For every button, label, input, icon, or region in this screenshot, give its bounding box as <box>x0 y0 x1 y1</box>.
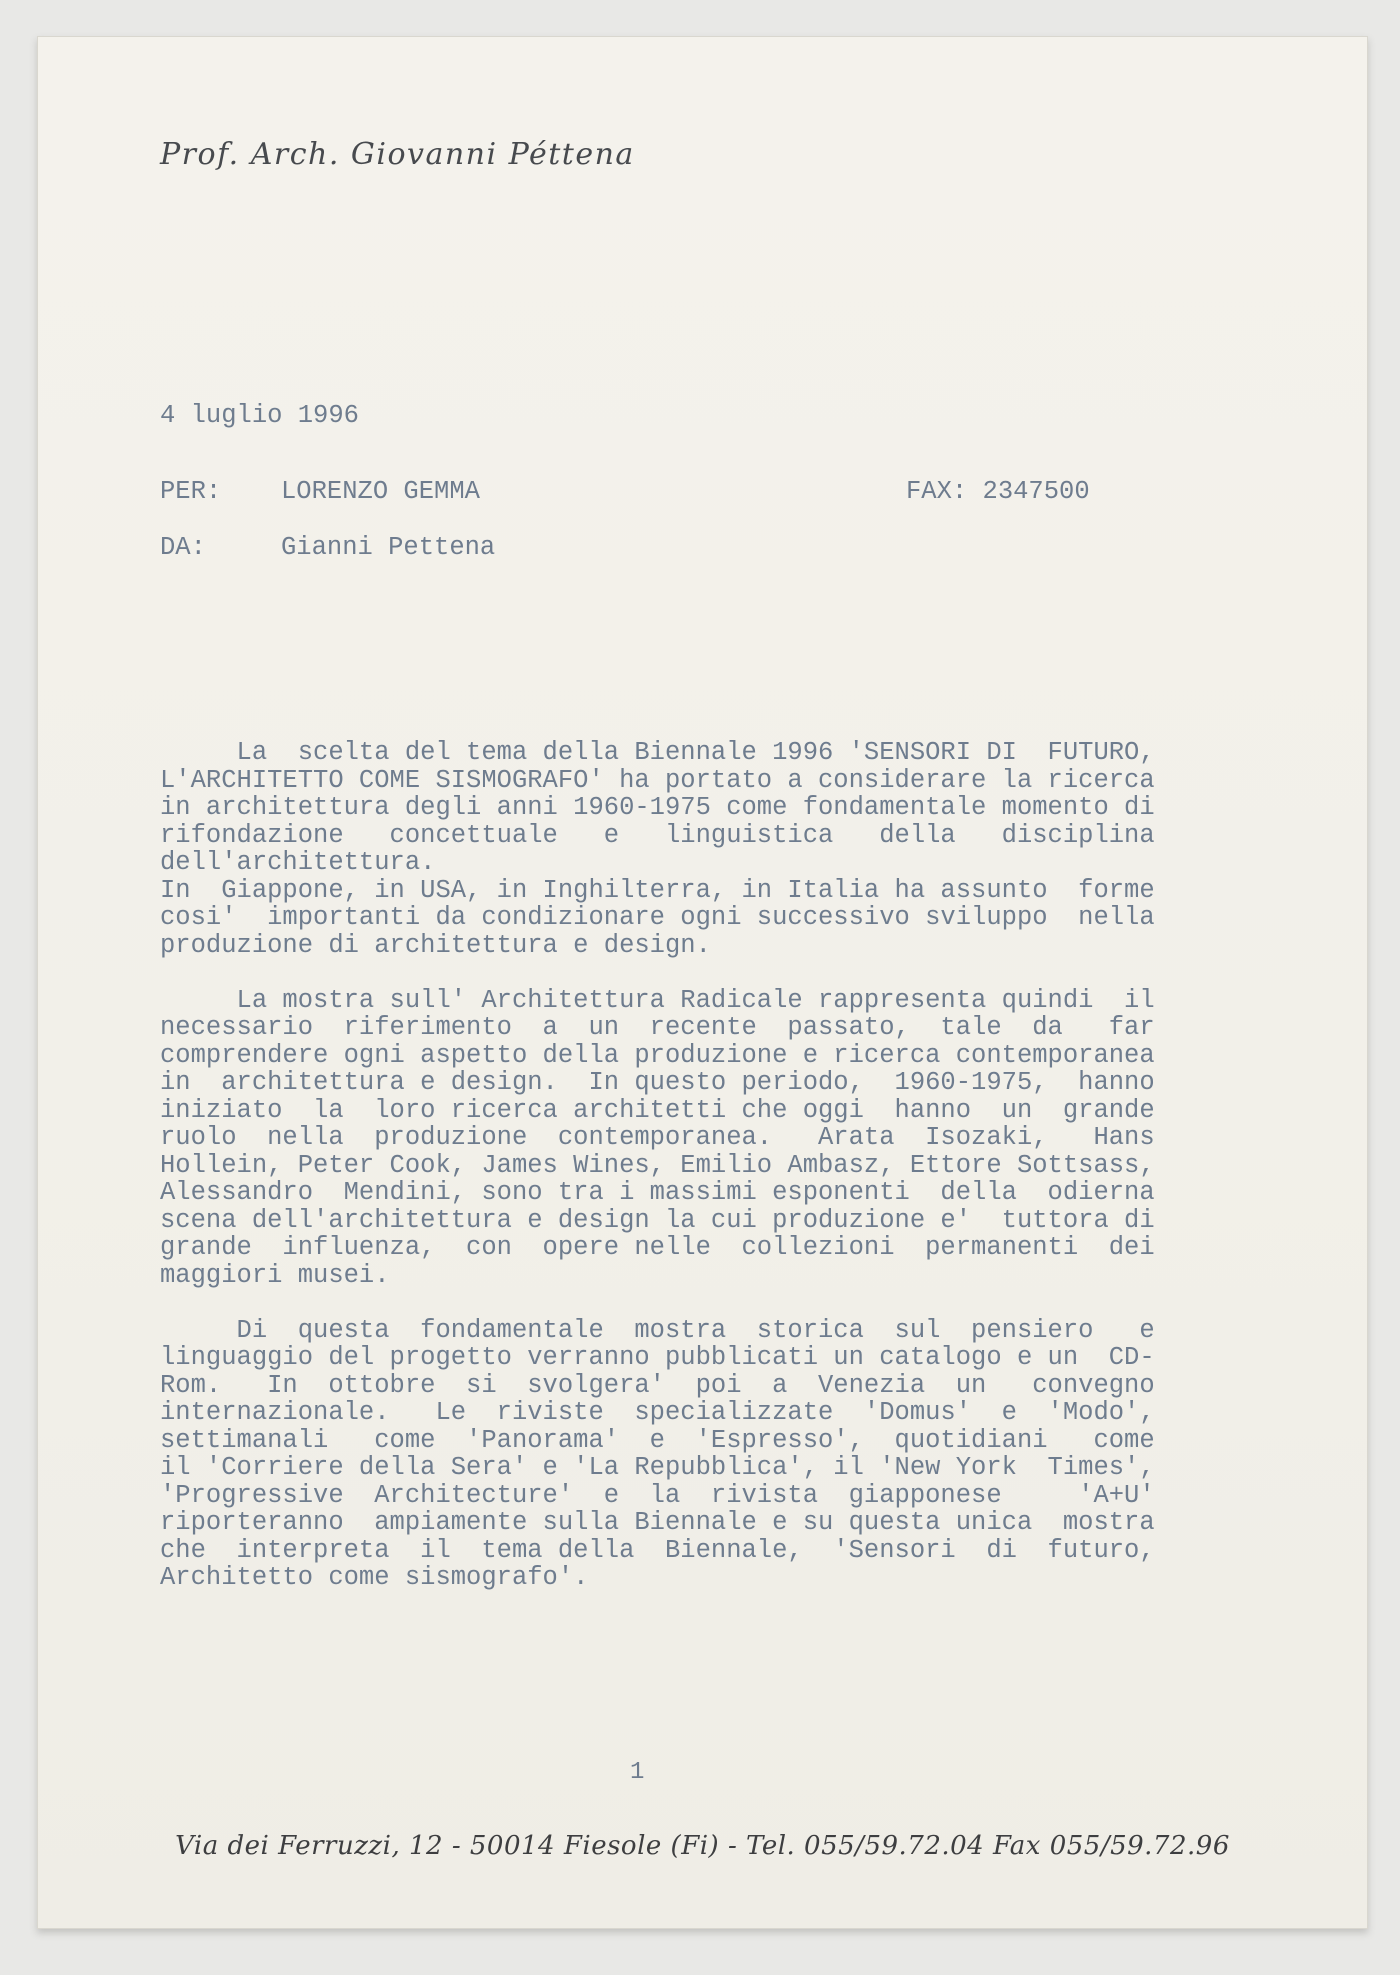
from-row: DA: Gianni Pettena <box>160 533 1260 563</box>
to-value: LORENZO GEMMA <box>281 477 480 506</box>
paragraph: Di questa fondamentale mostra storica su… <box>160 1317 1155 1592</box>
date-line: 4 luglio 1996 <box>160 401 359 430</box>
page-number: 1 <box>630 1759 644 1786</box>
footer-address: Via dei Ferruzzi, 12 - 50014 Fiesole (Fi… <box>38 1831 1367 1861</box>
letter-body: La scelta del tema della Biennale 1996 '… <box>160 739 1155 1592</box>
paper-page: Prof. Arch. Giovanni Péttena 4 luglio 19… <box>37 36 1368 1929</box>
paragraph: La scelta del tema della Biennale 1996 '… <box>160 739 1155 959</box>
from-value: Gianni Pettena <box>281 533 495 562</box>
fax-number: FAX: 2347500 <box>906 477 1090 506</box>
letterhead-name: Prof. Arch. Giovanni Péttena <box>160 137 635 172</box>
to-label: PER: <box>160 477 221 506</box>
from-label: DA: <box>160 533 206 562</box>
paragraph: La mostra sull' Architettura Radicale ra… <box>160 987 1155 1290</box>
to-row: PER: LORENZO GEMMA FAX: 2347500 <box>160 477 1260 507</box>
